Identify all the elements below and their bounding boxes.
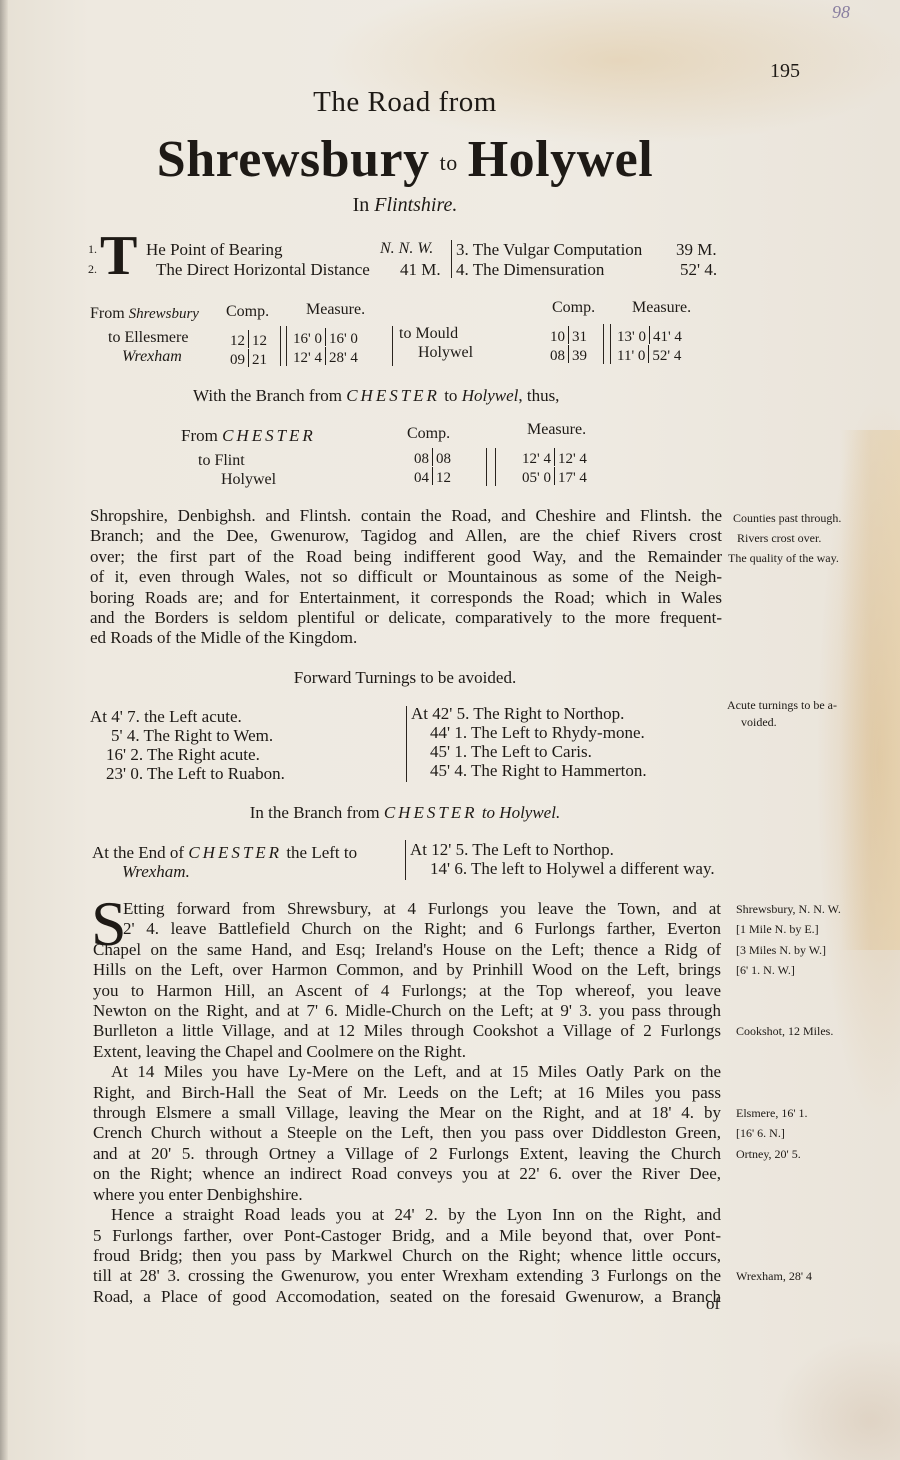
margin-note: Shrewsbury, N. N. W.: [736, 901, 841, 918]
water-stain: [840, 430, 900, 950]
branch-turnings-divider: [405, 840, 406, 880]
catchword: of: [706, 1294, 720, 1313]
turnings-divider: [406, 706, 407, 782]
branch-turnings-left: At the End of CHESTER the Left to Wrexha…: [92, 843, 357, 881]
summary-value: 52' 4.: [680, 260, 717, 280]
rule: [432, 448, 433, 466]
summary-value: 41 M.: [400, 260, 441, 280]
city-name: CHESTER: [188, 843, 282, 862]
margin-note: Cookshot, 12 Miles.: [736, 1023, 833, 1040]
branch-header: From CHESTER: [181, 426, 316, 445]
summary-value: N. N. W.: [380, 240, 433, 258]
turning-item: 44' 1. The Left to Rhydy-mone.: [411, 723, 647, 742]
column-rule: [603, 324, 604, 364]
dropcap-s: S: [91, 899, 127, 949]
table-row-measure: 13' 041' 4: [617, 326, 682, 347]
narrative-line: through Elsmere a small Village, leaving…: [93, 1103, 721, 1123]
turning-item: 16' 2. The Right acute.: [90, 745, 285, 764]
county-name: Flintshire.: [374, 194, 457, 216]
margin-note: [3 Miles N. by W.]: [736, 942, 826, 959]
margin-note: Counties past through.: [733, 510, 841, 527]
narrative-line: 2' 4. leave Battlefield Church on the Ri…: [93, 919, 721, 939]
narrative-line: Right, and Birch-Hall the Seat of Mr. Le…: [93, 1083, 721, 1103]
narrative-line: on the Right; whence an indirect Road co…: [93, 1164, 721, 1184]
margin-note: Elsmere, 16' 1.: [736, 1105, 807, 1122]
value-pair: 0839: [550, 348, 587, 364]
narrative-line: Etting forward from Shrewsbury, at 4 Fur…: [93, 899, 721, 919]
description-line: boring Roads are; and for Entertainment,…: [90, 588, 722, 608]
rule: [248, 330, 249, 348]
table-row-comp: 1031: [550, 326, 587, 347]
value-pair: 0808: [414, 451, 451, 467]
table-row-comp: 1212: [230, 330, 267, 351]
value-pair: 12' 428' 4: [293, 350, 358, 366]
title-line-top: The Road from: [0, 86, 810, 119]
margin-note-acute: Acute turnings to be a- voided.: [727, 697, 837, 731]
narrative-text: SEtting forward from Shrewsbury, at 4 Fu…: [93, 899, 721, 1307]
turning-item: At 42' 5. The Right to Northop.: [411, 704, 647, 723]
column-rule: [495, 448, 496, 486]
value-pair: 12' 412' 4: [522, 451, 587, 467]
narrative-line: froud Bridg; then you pass by Markwel Ch…: [93, 1246, 721, 1266]
summary-divider: [451, 240, 452, 278]
value-pair: 05' 017' 4: [522, 470, 587, 486]
from-place: Shrewsbury: [129, 306, 199, 322]
turning-item: 45' 4. The Right to Hammerton.: [411, 761, 647, 780]
branch-turnings-heading: In the Branch from CHESTER to Holywel.: [0, 803, 810, 822]
branch-row-comp: 0808: [414, 448, 451, 469]
forward-turnings-left: At 4' 7. the Left acute.5' 4. The Right …: [90, 707, 285, 783]
page-number: 195: [770, 60, 800, 83]
pencil-folio-number: 98: [832, 2, 850, 23]
page-binding-shadow: [0, 0, 8, 1460]
col-measure: Measure.: [527, 420, 586, 439]
table-row-measure: 12' 428' 4: [293, 347, 358, 368]
forward-turnings-heading: Forward Turnings to be avoided.: [0, 668, 810, 687]
table-row-place: Wrexham: [122, 347, 182, 366]
summary-num: 1.: [88, 242, 97, 257]
summary-label: The Vulgar Computation: [473, 240, 643, 259]
rule: [568, 326, 569, 344]
column-rule: [486, 448, 487, 486]
branch-city: CHESTER: [222, 426, 316, 445]
value-pair: 13' 041' 4: [617, 329, 682, 345]
margin-note: The quality of the way.: [728, 550, 839, 567]
value-pair: 16' 016' 0: [293, 331, 358, 347]
col-comp: Comp.: [552, 298, 595, 317]
title-destination: Holywel: [468, 131, 653, 188]
value-pair: 1031: [550, 329, 587, 345]
value-pair: 11' 052' 4: [617, 348, 681, 364]
title-to-word: to: [440, 150, 458, 175]
turning-item: At 4' 7. the Left acute.: [90, 707, 285, 726]
narrative-line: and at 20' 5. through Ortney a Village o…: [93, 1144, 721, 1164]
rule: [248, 349, 249, 367]
margin-note: Rivers crost over.: [737, 530, 821, 547]
forward-turnings-right: At 42' 5. The Right to Northop.44' 1. Th…: [411, 704, 647, 780]
narrative-line: where you enter Denbighshire.: [93, 1185, 721, 1205]
rule: [325, 347, 326, 365]
narrative-line: At 14 Miles you have Ly-Mere on the Left…: [93, 1062, 721, 1082]
summary-value: 39 M.: [676, 240, 717, 260]
value-pair: 0921: [230, 352, 267, 368]
page-title: ShrewsburytoHolywel: [0, 130, 810, 189]
branch-row-measure: 12' 412' 4: [522, 448, 587, 469]
table-row-place: to Ellesmere: [108, 328, 188, 347]
column-rule: [392, 326, 393, 366]
narrative-line: you to Harmon Hill, an Ascent of 4 Furlo…: [93, 981, 721, 1001]
margin-note: [16' 6. N.]: [736, 1125, 785, 1142]
branch-row-measure: 05' 017' 4: [522, 467, 587, 488]
turning-item: 23' 0. The Left to Ruabon.: [90, 764, 285, 783]
margin-note: [6' 1. N. W.]: [736, 962, 795, 979]
table-row-comp: 0839: [550, 345, 587, 366]
description-line: and the Borders is seldom plentiful or d…: [90, 608, 722, 628]
col-comp: Comp.: [226, 302, 269, 321]
table-header: From Shrewsbury: [90, 304, 199, 324]
description-line: of it, even through Wales, not so diffic…: [90, 567, 722, 587]
title-origin: Shrewsbury: [157, 131, 430, 188]
narrative-line: Hills on the Left, over Harmon Common, a…: [93, 960, 721, 980]
summary-label: He Point of Bearing: [146, 240, 282, 260]
narrative-line: till at 28' 3. crossing the Gwenurow, yo…: [93, 1266, 721, 1286]
narrative-line: Road, a Place of good Accomodation, seat…: [93, 1287, 721, 1307]
branch-row-place: Holywel: [221, 470, 276, 489]
narrative-line: Burlleton a little Village, and at 12 Mi…: [93, 1021, 721, 1041]
table-row-place: to Mould: [399, 324, 458, 343]
margin-note: Wrexham, 28' 4: [736, 1268, 812, 1285]
summary-num: 2.: [88, 262, 97, 277]
branch-turning-item: At the End of CHESTER the Left to: [92, 843, 357, 862]
narrative-line: Extent, leaving the Chapel and Coolmere …: [93, 1042, 721, 1062]
branch-intro: With the Branch from CHESTER to Holywel,…: [193, 386, 559, 405]
summary-label: The Dimensuration: [473, 260, 605, 279]
description-line: Branch; and the Dee, Gwenurow, Tagidog a…: [90, 526, 722, 546]
rule: [649, 326, 650, 344]
margin-note: [1 Mile N. by E.]: [736, 921, 819, 938]
value-pair: 0412: [414, 470, 451, 486]
table-row-comp: 0921: [230, 349, 267, 370]
description-line: Shropshire, Denbighsh. and Flintsh. cont…: [90, 506, 722, 526]
branch-row-comp: 0412: [414, 467, 451, 488]
value-pair: 1212: [230, 333, 267, 349]
table-row-place: Holywel: [418, 343, 473, 362]
column-rule: [610, 324, 611, 364]
turning-item: 5' 4. The Right to Wem.: [90, 726, 285, 745]
rule: [648, 345, 649, 363]
branch-turnings-right: At 12' 5. The Left to Northop. 14' 6. Th…: [410, 840, 715, 878]
column-rule: [286, 326, 287, 366]
narrative-line: Newton on the Right, and at 7' 6. Midle-…: [93, 1001, 721, 1021]
description-paragraph: Shropshire, Denbighsh. and Flintsh. cont…: [90, 506, 722, 649]
rule: [325, 328, 326, 346]
title-county: In Flintshire.: [0, 194, 810, 217]
summary-label: The Direct Horizontal Distance: [156, 260, 370, 280]
col-measure: Measure.: [306, 300, 365, 319]
branch-row-place: to Flint: [198, 451, 245, 470]
margin-note: Ortney, 20' 5.: [736, 1146, 801, 1163]
rule: [568, 345, 569, 363]
table-row-measure: 11' 052' 4: [617, 345, 681, 366]
table-row-measure: 16' 016' 0: [293, 328, 358, 349]
col-measure: Measure.: [632, 298, 691, 317]
dropcap-t: T: [100, 232, 137, 280]
turning-item: 45' 1. The Left to Caris.: [411, 742, 647, 761]
rule: [554, 448, 555, 466]
description-line: over; the first part of the Road being i…: [90, 547, 722, 567]
rule: [432, 467, 433, 485]
column-rule: [280, 326, 281, 366]
narrative-line: 5 Furlongs farther, over Pont-Castoger B…: [93, 1226, 721, 1246]
narrative-line: Hence a straight Road leads you at 24' 2…: [93, 1205, 721, 1225]
description-line: ed Roads of the Midle of the Kingdom.: [90, 628, 722, 648]
col-comp: Comp.: [407, 424, 450, 443]
narrative-line: Chapel on the same Hand, and Esq; Irelan…: [93, 940, 721, 960]
rule: [554, 467, 555, 485]
narrative-line: Crench Church without a Steeple on the L…: [93, 1123, 721, 1143]
